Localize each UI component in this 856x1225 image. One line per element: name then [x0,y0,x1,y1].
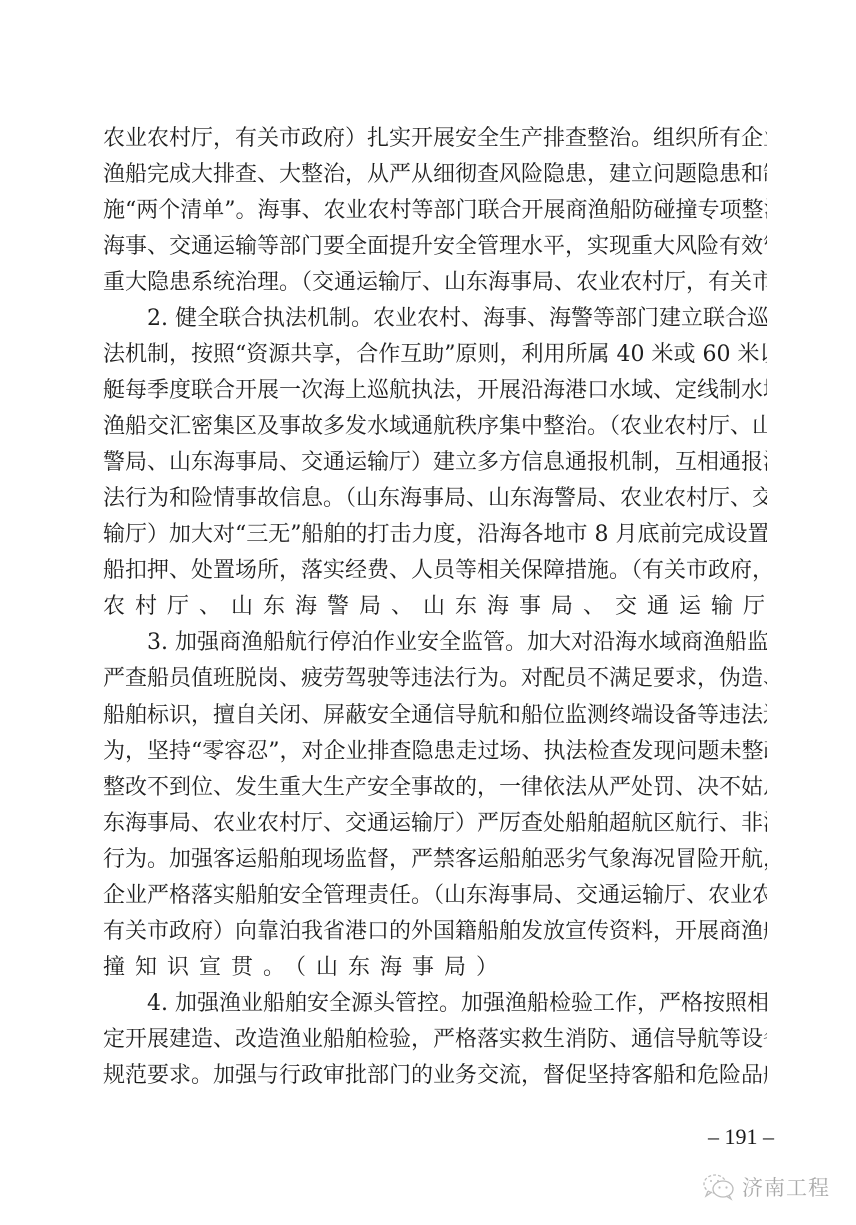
text-line: 撞知识宣贯。（山东海事局） [103,950,767,986]
text-line: 企业严格落实船舶安全管理责任。（山东海事局、交通运输厅、农业农村厅， [103,878,767,914]
watermark-text: 济南工程 [742,1172,830,1202]
wechat-icon [702,1173,736,1201]
text-line: 整改不到位、发生重大生产安全事故的，一律依法从严处罚、决不姑息。（山 [103,770,767,806]
text-line: 渔船完成大排查、大整治，从严从细彻查风险隐患，建立问题隐患和制度措 [103,157,767,193]
page-number: – 191 – [708,1124,774,1150]
text-line: 农村厅、山东海警局、山东海事局、交通运输厅） [103,589,767,625]
text-line: 法行为和险情事故信息。（山东海事局、山东海警局、农业农村厅、交通运 [103,481,767,517]
text-line: 定开展建造、改造渔业船舶检验，严格落实救生消防、通信导航等设备设施 [103,1022,767,1058]
text-line: 警局、山东海事局、交通运输厅）建立多方信息通报机制，互相通报渔船违 [103,445,767,481]
text-line: 农业农村厅，有关市政府）扎实开展安全生产排查整治。组织所有企业、商船、 [103,121,767,157]
text-line: 船扣押、处置场所，落实经费、人员等相关保障措施。（有关市政府，农业 [103,553,767,589]
document-page: 农业农村厅，有关市政府）扎实开展安全生产排查整治。组织所有企业、商船、 渔船完成… [0,0,856,1225]
text-line: 艇每季度联合开展一次海上巡航执法，开展沿海港口水域、定线制水域、商 [103,373,767,409]
text-line: 渔船交汇密集区及事故多发水域通航秩序集中整治。（农业农村厅、山东海 [103,409,767,445]
paragraph-heading-2: 2. 健全联合执法机制。农业农村、海事、海警等部门建立联合巡航执 [103,301,767,337]
text-line: 东海事局、农业农村厅、交通运输厅）严厉查处船舶超航区航行、非法运输 [103,806,767,842]
paragraph-heading-3: 3. 加强商渔船航行停泊作业安全监管。加大对沿海水域商渔船监管力度， [103,625,767,661]
text-line: 输厅）加大对“三无”船舶的打击力度，沿海各地市 8 月底前完成设置三无 [103,517,767,553]
document-body: 农业农村厅，有关市政府）扎实开展安全生产排查整治。组织所有企业、商船、 渔船完成… [103,121,767,1094]
text-line: 行为。加强客运船舶现场监督，严禁客运船舶恶劣气象海况冒险开航，督促 [103,842,767,878]
text-line: 有关市政府）向靠泊我省港口的外国籍船舶发放宣传资料，开展商渔船防碰 [103,914,767,950]
paragraph-heading-4: 4. 加强渔业船舶安全源头管控。加强渔船检验工作，严格按照相关规 [103,986,767,1022]
text-line: 施“两个清单”。海事、农业农村等部门联合开展商渔船防碰撞专项整治行动， [103,193,767,229]
text-line: 规范要求。加强与行政审批部门的业务交流，督促坚持客船和危险品船新增 [103,1058,767,1094]
text-line: 法机制，按照“资源共享，合作互助”原则，利用所属 40 米或 60 米以上船 [103,337,767,373]
text-line: 重大隐患系统治理。（交通运输厅、山东海事局、农业农村厅，有关市政府） [103,265,767,301]
watermark: 济南工程 [702,1172,830,1202]
text-line: 船舶标识，擅自关闭、屏蔽安全通信导航和船位监测终端设备等违法违规行 [103,698,767,734]
text-line: 严查船员值班脱岗、疲劳驾驶等违法行为。对配员不满足要求，伪造、拆卸 [103,661,767,697]
text-line: 海事、交通运输等部门要全面提升安全管理水平，实现重大风险有效管控、 [103,229,767,265]
text-line: 为，坚持“零容忍”，对企业排查隐患走过场、执法检查发现问题未整改或 [103,734,767,770]
